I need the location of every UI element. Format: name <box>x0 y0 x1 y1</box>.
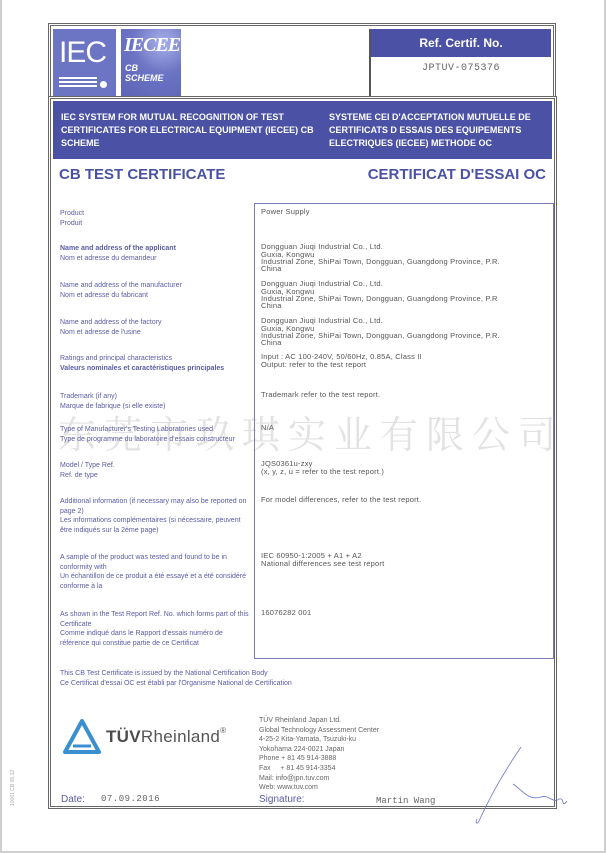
field-label: Additional information (if necessary may… <box>60 497 250 535</box>
certificate-title-en: CB TEST CERTIFICATE <box>59 166 225 183</box>
certificate-title-fr: CERTIFICAT D'ESSAI OC <box>368 166 546 183</box>
field-label: Ratings and principal characteristicsVal… <box>60 354 250 373</box>
field-value: Dongguan Jiuqi Industrial Co., Ltd.Guxia… <box>261 243 551 272</box>
field-value: Dongguan Jiuqi Industrial Co., Ltd.Guxia… <box>261 280 551 309</box>
field-label: A sample of the product was tested and f… <box>60 553 250 591</box>
iecee-cb-scheme-logo: IECEE CBSCHEME <box>121 29 181 97</box>
tuv-triangle-icon <box>63 719 101 755</box>
field-label: Model / Type Ref.Ref. de type <box>60 461 250 480</box>
field-value: Power Supply <box>261 208 551 216</box>
scheme-title-fr: SYSTEME CEI D'ACCEPTATION MUTUELLE DE CE… <box>329 111 554 150</box>
signature-label: Signature: <box>259 794 305 805</box>
scheme-banner: IEC SYSTEM FOR MUTUAL RECOGNITION OF TES… <box>53 101 552 159</box>
certificate-header: IEC IECEE CBSCHEME Ref. Certif. No. JPTU… <box>48 23 556 103</box>
ref-certif-number: JPTUV-075376 <box>371 63 551 74</box>
field-label: Trademark (if any)Marque de fabrique (si… <box>60 392 250 411</box>
ref-certif-label: Ref. Certif. No. <box>371 29 551 57</box>
field-value: JQS0361u-zxy(x, y, z, u = refer to the t… <box>261 460 551 476</box>
date-label: Date: <box>61 794 85 805</box>
date-value: 07.09.2016 <box>101 794 160 804</box>
field-value: N/A <box>261 424 551 432</box>
form-code: 10061 CB 05.12 <box>10 736 16 772</box>
field-label: Name and address of the applicantNom et … <box>60 244 250 263</box>
field-value: For model differences, refer to the test… <box>261 496 551 504</box>
field-label: As shown in the Test Report Ref. No. whi… <box>60 610 250 648</box>
field-label: Type of Manufacturer's Testing Laborator… <box>60 425 250 444</box>
field-label: ProductProduit <box>60 209 250 228</box>
field-label: Name and address of the manufacturerNom … <box>60 281 250 300</box>
issuer-address: TÜV Rheinland Japan Ltd.Global Technolog… <box>259 716 379 793</box>
signatory-name: Martin Wang <box>376 796 435 806</box>
field-label: Name and address of the factoryNom et ad… <box>60 318 250 337</box>
field-value: 16076282 001 <box>261 609 551 617</box>
field-value: IEC 60950-1:2005 + A1 + A2National diffe… <box>261 552 551 568</box>
scheme-title-en: IEC SYSTEM FOR MUTUAL RECOGNITION OF TES… <box>61 111 316 150</box>
field-value: Input : AC 100-240V, 50/60Hz, 0.85A, Cla… <box>261 353 551 369</box>
iec-logo: IEC <box>53 29 116 97</box>
field-value: Dongguan Jiuqi Industrial Co., Ltd.Guxia… <box>261 317 551 346</box>
issued-by-statement: This CB Test Certificate is issued by th… <box>60 669 292 689</box>
signature-scribble <box>461 739 571 829</box>
tuv-rheinland-logo: TÜVRheinland® <box>63 717 243 755</box>
ref-certificate-box: Ref. Certif. No. JPTUV-075376 <box>369 29 551 97</box>
certificate-body: IEC SYSTEM FOR MUTUAL RECOGNITION OF TES… <box>48 96 557 809</box>
field-value: Trademark refer to the test report. <box>261 391 551 399</box>
